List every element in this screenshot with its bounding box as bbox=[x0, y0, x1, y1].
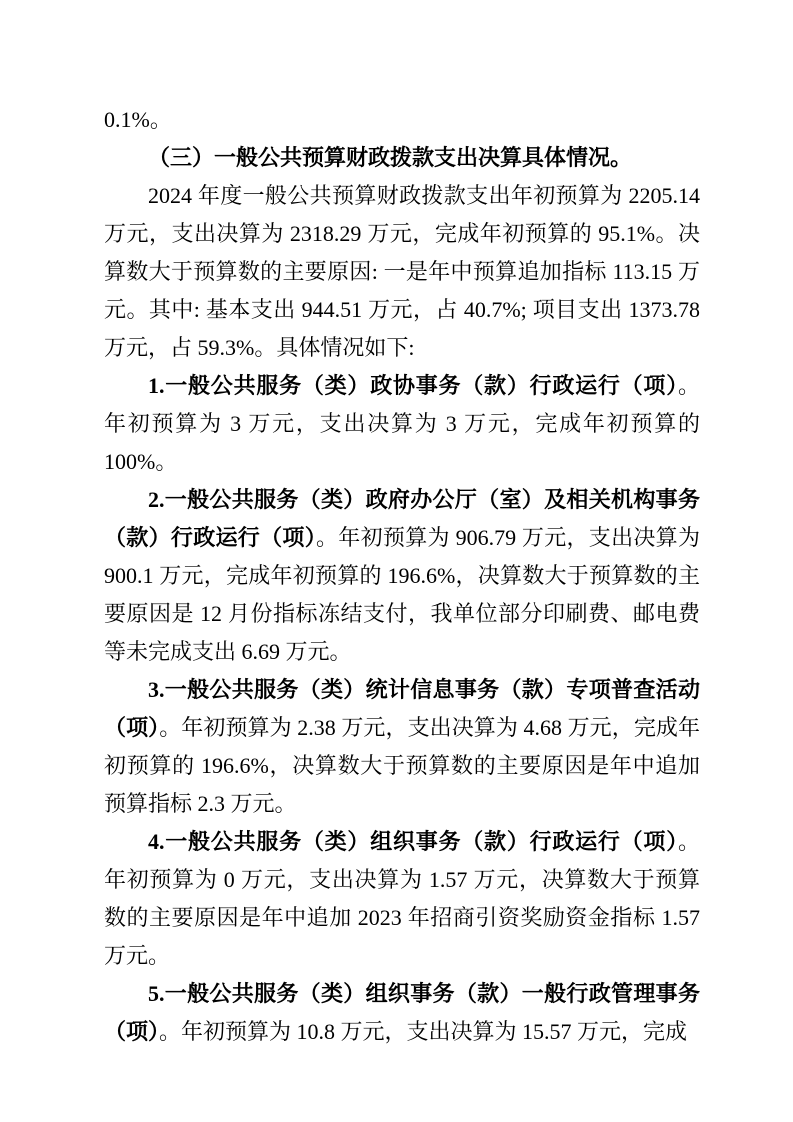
para-general-overview: 2024 年度一般公共预算财政拨款支出年初预算为 2205.14 万元，支出决算… bbox=[104, 177, 700, 367]
para-general-overview-text-run: 2024 年度一般公共预算财政拨款支出年初预算为 2205.14 万元，支出决算… bbox=[104, 183, 700, 360]
item-4-bold-run: 4.一般公共服务（类）组织事务（款）行政运行（项） bbox=[148, 829, 678, 854]
item-5: 5.一般公共服务（类）组织事务（款）一般行政管理事务（项）。年初预算为 10.8… bbox=[104, 975, 700, 1051]
item-2: 2.一般公共服务（类）政府办公厅（室）及相关机构事务（款）行政运行（项）。年初预… bbox=[104, 481, 700, 671]
heading-section-three: （三）一般公共预算财政拨款支出决算具体情况。 bbox=[104, 139, 700, 177]
item-1-bold-run: 1.一般公共服务（类）政协事务（款）行政运行（项） bbox=[148, 373, 678, 398]
item-3-text-run: 。年初预算为 2.38 万元，支出决算为 4.68 万元，完成年初预算的 196… bbox=[104, 715, 700, 816]
item-5-text-run: 。年初预算为 10.8 万元，支出决算为 15.57 万元，完成 bbox=[159, 1019, 687, 1044]
item-3: 3.一般公共服务（类）统计信息事务（款）专项普查活动（项）。年初预算为 2.38… bbox=[104, 671, 700, 823]
item-4: 4.一般公共服务（类）组织事务（款）行政运行（项）。年初预算为 0 万元，支出决… bbox=[104, 823, 700, 975]
para-carryover-tail: 0.1%。 bbox=[104, 101, 700, 139]
heading-section-three-bold-run: （三）一般公共预算财政拨款支出决算具体情况。 bbox=[148, 145, 632, 170]
para-carryover-tail-text-run: 0.1%。 bbox=[104, 107, 172, 132]
item-1: 1.一般公共服务（类）政协事务（款）行政运行（项）。年初预算为 3 万元，支出决… bbox=[104, 367, 700, 481]
document-body: 0.1%。（三）一般公共预算财政拨款支出决算具体情况。2024 年度一般公共预算… bbox=[104, 101, 700, 1051]
document-page: 0.1%。（三）一般公共预算财政拨款支出决算具体情况。2024 年度一般公共预算… bbox=[0, 0, 793, 1122]
